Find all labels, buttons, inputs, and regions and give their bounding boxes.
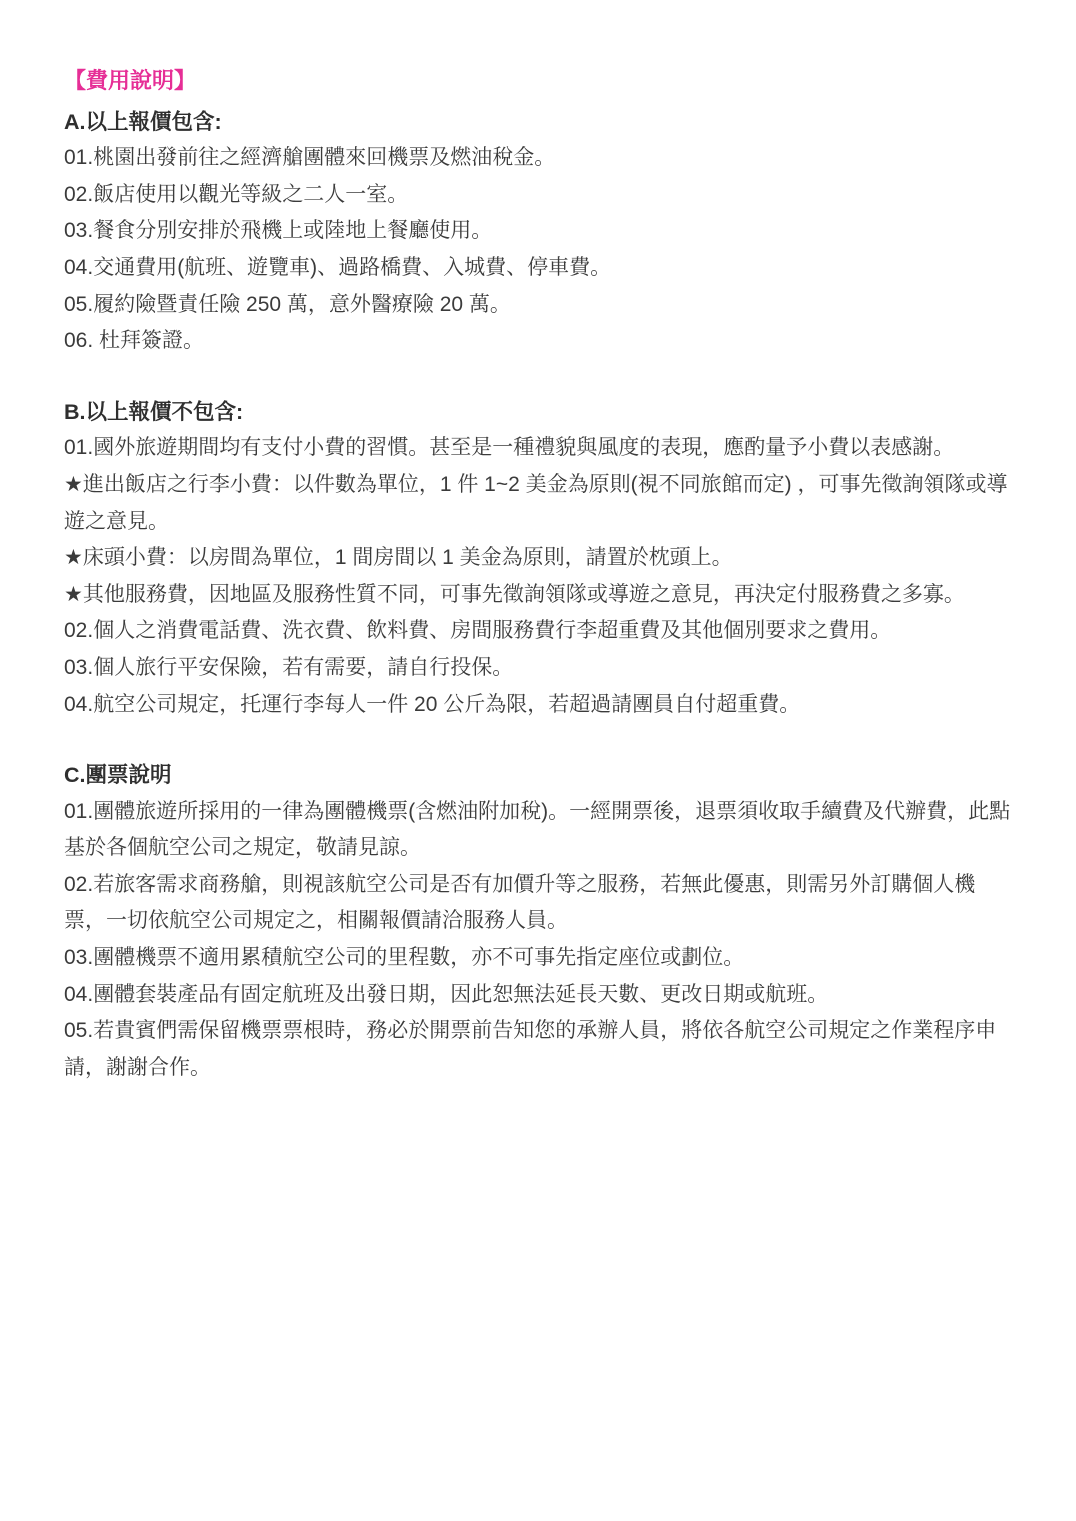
- fee-description-document: 【費用說明】 A.以上報價包含: 01.桃園出發前往之經濟艙團體來回機票及燃油稅…: [0, 0, 1076, 1086]
- list-item: 03.個人旅行平安保險，若有需要，請自行投保。: [64, 650, 1012, 687]
- page-title: 【費用說明】: [64, 63, 1012, 100]
- section-c-heading: C.團票說明: [64, 757, 1012, 794]
- list-item: 01.團體旅遊所採用的一律為團體機票(含燃油附加稅)。一經開票後，退票須收取手續…: [64, 794, 1012, 867]
- list-item: 04.航空公司規定，托運行李每人一件 20 公斤為限，若超過請團員自付超重費。: [64, 687, 1012, 724]
- section-price-included: A.以上報價包含: 01.桃園出發前往之經濟艙團體來回機票及燃油稅金。 02.飯…: [64, 104, 1012, 360]
- list-item: ★床頭小費：以房間為單位，1 間房間以 1 美金為原則，請置於枕頭上。: [64, 540, 1012, 577]
- section-group-ticket-notes: C.團票說明 01.團體旅遊所採用的一律為團體機票(含燃油附加稅)。一經開票後，…: [64, 757, 1012, 1086]
- list-item: ★其他服務費，因地區及服務性質不同，可事先徵詢領隊或導遊之意見，再決定付服務費之…: [64, 577, 1012, 614]
- list-item: 05.若貴賓們需保留機票票根時，務必於開票前告知您的承辦人員，將依各航空公司規定…: [64, 1013, 1012, 1086]
- list-item: 03.團體機票不適用累積航空公司的里程數，亦不可事先指定座位或劃位。: [64, 940, 1012, 977]
- list-item: 04.交通費用(航班、遊覽車)、過路橋費、入城費、停車費。: [64, 250, 1012, 287]
- list-item: 02.飯店使用以觀光等級之二人一室。: [64, 177, 1012, 214]
- list-item: 01.桃園出發前往之經濟艙團體來回機票及燃油稅金。: [64, 140, 1012, 177]
- list-item: 01.國外旅遊期間均有支付小費的習慣。甚至是一種禮貌與風度的表現，應酌量予小費以…: [64, 430, 1012, 467]
- section-a-heading: A.以上報價包含:: [64, 104, 1012, 141]
- section-price-not-included: B.以上報價不包含: 01.國外旅遊期間均有支付小費的習慣。甚至是一種禮貌與風度…: [64, 394, 1012, 723]
- list-item: 02.個人之消費電話費、洗衣費、飲料費、房間服務費行李超重費及其他個別要求之費用…: [64, 613, 1012, 650]
- list-item: ★進出飯店之行李小費：以件數為單位，1 件 1~2 美金為原則(視不同旅館而定)…: [64, 467, 1012, 540]
- list-item: 05.履約險暨責任險 250 萬，意外醫療險 20 萬。: [64, 287, 1012, 324]
- list-item: 04.團體套裝產品有固定航班及出發日期，因此恕無法延長天數、更改日期或航班。: [64, 977, 1012, 1014]
- section-b-heading: B.以上報價不包含:: [64, 394, 1012, 431]
- list-item: 03.餐食分別安排於飛機上或陸地上餐廳使用。: [64, 213, 1012, 250]
- list-item: 06. 杜拜簽證。: [64, 323, 1012, 360]
- list-item: 02.若旅客需求商務艙，則視該航空公司是否有加價升等之服務，若無此優惠，則需另外…: [64, 867, 1012, 940]
